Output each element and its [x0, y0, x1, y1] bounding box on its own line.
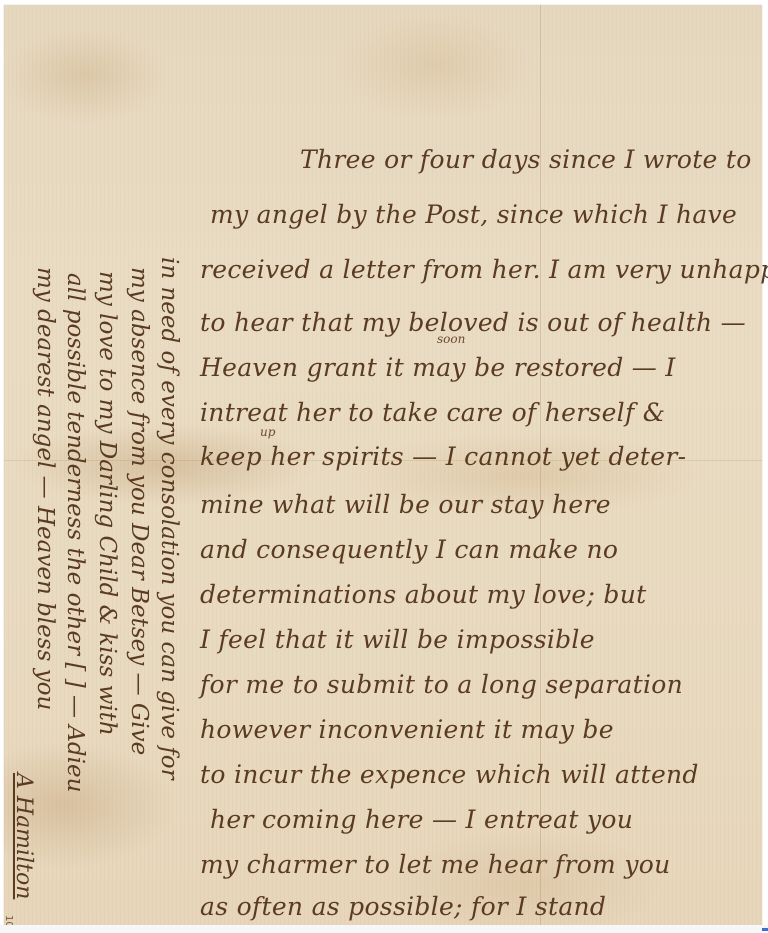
letter-page: Three or four days since I wrote to my a… [4, 5, 762, 925]
margin-line: my love to my Darling Child & kiss with [94, 271, 120, 736]
interlinear-insert: up [260, 425, 275, 439]
corner-marker [762, 928, 768, 931]
document-viewer: Three or four days since I wrote to my a… [0, 0, 768, 933]
body-line: my angel by the Post, since which I have [210, 200, 737, 229]
body-line: her coming here — I entreat you [210, 805, 633, 834]
body-line: for me to submit to a long separation [200, 670, 683, 699]
body-line: my charmer to let me hear from you [200, 850, 671, 879]
body-line: I feel that it will be impossible [200, 625, 595, 654]
margin-line: in need of every consolation you can giv… [156, 257, 182, 780]
margin-line: all possible tenderness the other [ ] — … [62, 273, 88, 792]
margin-line: my dearest angel — Heaven bless you [32, 267, 58, 710]
body-line: to incur the expence which will attend [200, 760, 699, 789]
interlinear-insert: soon [437, 332, 465, 346]
body-line: determinations about my love; but [200, 580, 646, 609]
viewer-bottom-strip [0, 925, 768, 933]
margin-line: my absence from you Dear Betsey — Give [126, 267, 152, 755]
body-line: Three or four days since I wrote to [300, 145, 752, 174]
body-line: as often as possible; for I stand [200, 892, 606, 921]
body-line: to hear that my beloved is out of health… [200, 308, 746, 337]
body-line: however inconvenient it may be [200, 715, 614, 744]
signature: A Hamilton [11, 773, 36, 899]
body-line: Heaven grant it may be restored — I [200, 353, 676, 382]
body-line: received a letter from her. I am very un… [200, 255, 768, 284]
body-line: and consequently I can make no [200, 535, 618, 564]
body-line: keep her spirits — I cannot yet deter- [200, 442, 686, 471]
body-line: intreat her to take care of herself & [200, 398, 665, 427]
body-line: mine what will be our stay here [200, 490, 611, 519]
